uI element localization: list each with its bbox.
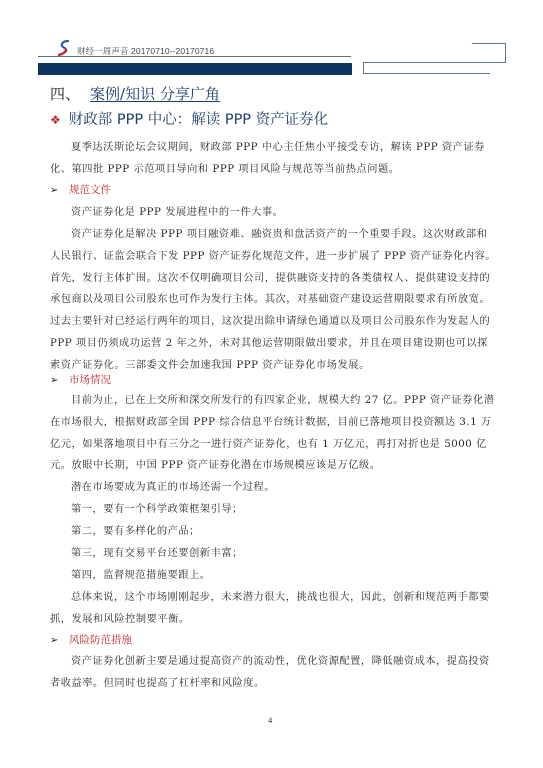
arrow-bullet-icon: ➢ — [50, 375, 69, 386]
paragraph: 第四，监督规范措施要跟上。 — [50, 565, 498, 587]
paragraph: 资产证券化是解决 PPP 项目融资难、融资贵和盘活资产的一个重要手段。这次财政部… — [50, 224, 498, 377]
paragraph: 资产证券化创新主要是通过提高资产的流动性，优化资源配置，降低融资成本，提高投资者… — [50, 651, 498, 695]
header-box-bottom-line — [363, 73, 490, 74]
header-bracket-line — [472, 43, 506, 44]
stylized-s-logo-icon — [58, 40, 70, 56]
section-title: 案例/知识 分享广角 — [90, 85, 220, 103]
header-box-right-line — [505, 43, 506, 63]
paragraph: 第三，现有交易平台还要创新丰富； — [50, 543, 498, 565]
paragraph: 目前为止，已在上交所和深交所发行的有四家企业，规模大约 27 亿。PPP 资产证… — [50, 390, 498, 477]
page-number: 4 — [268, 715, 272, 725]
header-navy-bar — [38, 63, 352, 75]
paragraph: 总体来说，这个市场刚刚起步，未来潜力很大，挑战也很大，因此，创新和规范两手都要抓… — [50, 587, 498, 631]
article-title: 财政部 PPP 中心：解读 PPP 资产证券化 — [69, 112, 328, 128]
article-title-row: ❖财政部 PPP 中心：解读 PPP 资产证券化 — [50, 108, 328, 129]
subsection-heading: ➢规范文件 — [50, 182, 111, 197]
paragraph: 潜在市场要成为真正的市场还需一个过程。 — [50, 477, 498, 499]
arrow-bullet-icon: ➢ — [50, 185, 69, 196]
arrow-bullet-icon: ➢ — [50, 635, 69, 646]
header-rule — [38, 56, 351, 57]
subsection-heading: ➢风险防范措施 — [50, 632, 132, 647]
header-box-top-line — [363, 62, 506, 63]
article-intro: 夏季达沃斯论坛会议期间，财政部 PPP 中心主任焦小平接受专访，解读 PPP 资… — [50, 137, 498, 181]
paragraph: 资产证券化是 PPP 发展进程中的一件大事。 — [50, 202, 498, 224]
section-heading: 四、案例/知识 分享广角 — [50, 83, 220, 104]
diamond-bullet-icon: ❖ — [50, 113, 61, 127]
paragraph: 第二，要有多样化的产品； — [50, 521, 498, 543]
section-number: 四、 — [50, 85, 80, 103]
paragraph: 第一，要有一个科学政策框架引导； — [50, 499, 498, 521]
subsection-heading: ➢市场情况 — [50, 372, 111, 387]
